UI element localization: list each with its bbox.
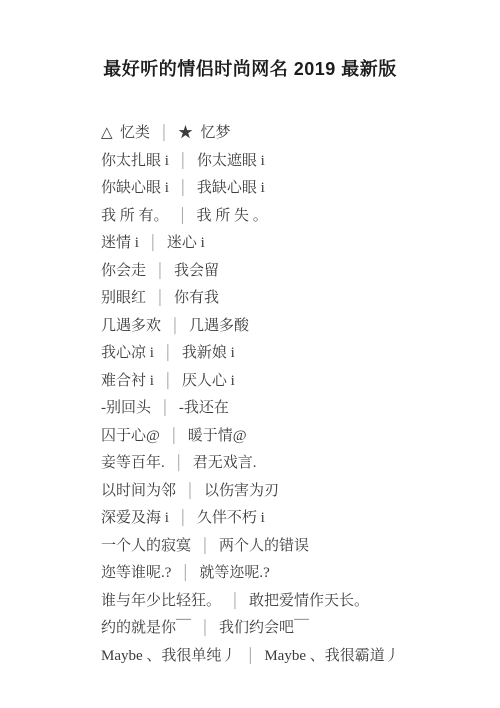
separator-bar: │	[178, 209, 188, 224]
nickname-left: 一个人的寂寞	[101, 538, 191, 554]
nickname-right: 我 所 失 。	[196, 208, 267, 224]
nickname-pair-line: 我心凉 i│我新娘 i	[101, 340, 500, 368]
nickname-right: 几遇多酸	[189, 318, 249, 334]
nickname-pair-line: 迩等谁呢.?│就等迩呢.?	[101, 560, 500, 588]
nickname-pair-line: 你缺心眼 i│我缺心眼 i	[101, 175, 500, 203]
nickname-right: 我会留	[174, 263, 219, 279]
nickname-pair-line: 别眼红│你有我	[101, 285, 500, 313]
separator-bar: │	[245, 649, 255, 664]
nickname-left: 我 所 有。	[101, 208, 169, 224]
separator-bar: │	[159, 126, 169, 141]
separator-bar: │	[169, 429, 179, 444]
separator-bar: │	[230, 594, 240, 609]
separator-bar: │	[155, 291, 165, 306]
nickname-right: 迷心 i	[167, 235, 205, 251]
page-title: 最好听的情侣时尚网名 2019 最新版	[0, 0, 500, 81]
nickname-right: 君无戏言.	[193, 455, 257, 471]
nickname-left: 别眼红	[101, 290, 146, 306]
nickname-right: 你太遮眼 i	[197, 153, 265, 169]
nickname-list: △ 忆类│★ 忆梦你太扎眼 i│你太遮眼 i你缺心眼 i│我缺心眼 i我 所 有…	[0, 120, 500, 670]
nickname-left: -别回头	[101, 400, 151, 416]
separator-bar: │	[163, 346, 173, 361]
separator-bar: │	[200, 621, 210, 636]
nickname-pair-line: 难合衬 i│厌人心 i	[101, 368, 500, 396]
nickname-right: 就等迩呢.?	[199, 565, 269, 581]
separator-bar: │	[180, 566, 190, 581]
nickname-right: 厌人心 i	[182, 373, 235, 389]
nickname-right: 两个人的错误	[219, 538, 309, 554]
nickname-left: 你会走	[101, 263, 146, 279]
nickname-left: 妾等百年.	[101, 455, 165, 471]
nickname-left: 深爱及海 i	[101, 510, 169, 526]
nickname-pair-line: 几遇多欢│几遇多酸	[101, 313, 500, 341]
nickname-pair-line: 你太扎眼 i│你太遮眼 i	[101, 148, 500, 176]
nickname-pair-line: Maybe 、我很单纯丿│Maybe 、我很霸道丿	[101, 643, 500, 671]
separator-bar: │	[185, 484, 195, 499]
nickname-right: Maybe 、我很霸道丿	[264, 648, 399, 664]
nickname-right: 敢把爱情作天长。	[249, 593, 369, 609]
nickname-right: 我们约会吧￣	[219, 620, 309, 636]
document-page: 最好听的情侣时尚网名 2019 最新版 △ 忆类│★ 忆梦你太扎眼 i│你太遮眼…	[0, 0, 500, 708]
nickname-left: 你缺心眼 i	[101, 180, 169, 196]
nickname-pair-line: 约的就是你￣│我们约会吧￣	[101, 615, 500, 643]
nickname-left: 以时间为邻	[101, 483, 176, 499]
nickname-right: 我缺心眼 i	[197, 180, 265, 196]
nickname-pair-line: 深爱及海 i│久伴不朽 i	[101, 505, 500, 533]
separator-bar: │	[155, 264, 165, 279]
separator-bar: │	[178, 511, 188, 526]
separator-bar: │	[200, 539, 210, 554]
nickname-pair-line: 谁与年少比轻狂。│敢把爱情作天长。	[101, 588, 500, 616]
nickname-left: Maybe 、我很单纯丿	[101, 648, 236, 664]
nickname-right: 久伴不朽 i	[197, 510, 265, 526]
nickname-pair-line: △ 忆类│★ 忆梦	[101, 120, 500, 148]
nickname-left: △ 忆类	[101, 125, 150, 141]
separator-bar: │	[163, 374, 173, 389]
nickname-left: 迩等谁呢.?	[101, 565, 171, 581]
nickname-right: ★ 忆梦	[178, 125, 231, 141]
nickname-pair-line: 囚于心@│暖于情@	[101, 423, 500, 451]
nickname-pair-line: -别回头│-我还在	[101, 395, 500, 423]
nickname-left: 几遇多欢	[101, 318, 161, 334]
separator-bar: │	[148, 236, 158, 251]
nickname-pair-line: 你会走│我会留	[101, 258, 500, 286]
nickname-pair-line: 以时间为邻│以伤害为刃	[101, 478, 500, 506]
nickname-left: 约的就是你￣	[101, 620, 191, 636]
separator-bar: │	[170, 319, 180, 334]
separator-bar: │	[178, 154, 188, 169]
nickname-left: 囚于心@	[101, 428, 160, 444]
nickname-left: 迷情 i	[101, 235, 139, 251]
nickname-left: 你太扎眼 i	[101, 153, 169, 169]
nickname-left: 难合衬 i	[101, 373, 154, 389]
nickname-pair-line: 一个人的寂寞│两个人的错误	[101, 533, 500, 561]
nickname-right: 我新娘 i	[182, 345, 235, 361]
separator-bar: │	[160, 401, 170, 416]
nickname-pair-line: 迷情 i│迷心 i	[101, 230, 500, 258]
separator-bar: │	[178, 181, 188, 196]
nickname-pair-line: 我 所 有。│我 所 失 。	[101, 203, 500, 231]
nickname-left: 我心凉 i	[101, 345, 154, 361]
separator-bar: │	[174, 456, 184, 471]
nickname-pair-line: 妾等百年.│君无戏言.	[101, 450, 500, 478]
nickname-right: 暖于情@	[188, 428, 247, 444]
nickname-left: 谁与年少比轻狂。	[101, 593, 221, 609]
nickname-right: -我还在	[179, 400, 229, 416]
nickname-right: 你有我	[174, 290, 219, 306]
nickname-right: 以伤害为刃	[204, 483, 279, 499]
